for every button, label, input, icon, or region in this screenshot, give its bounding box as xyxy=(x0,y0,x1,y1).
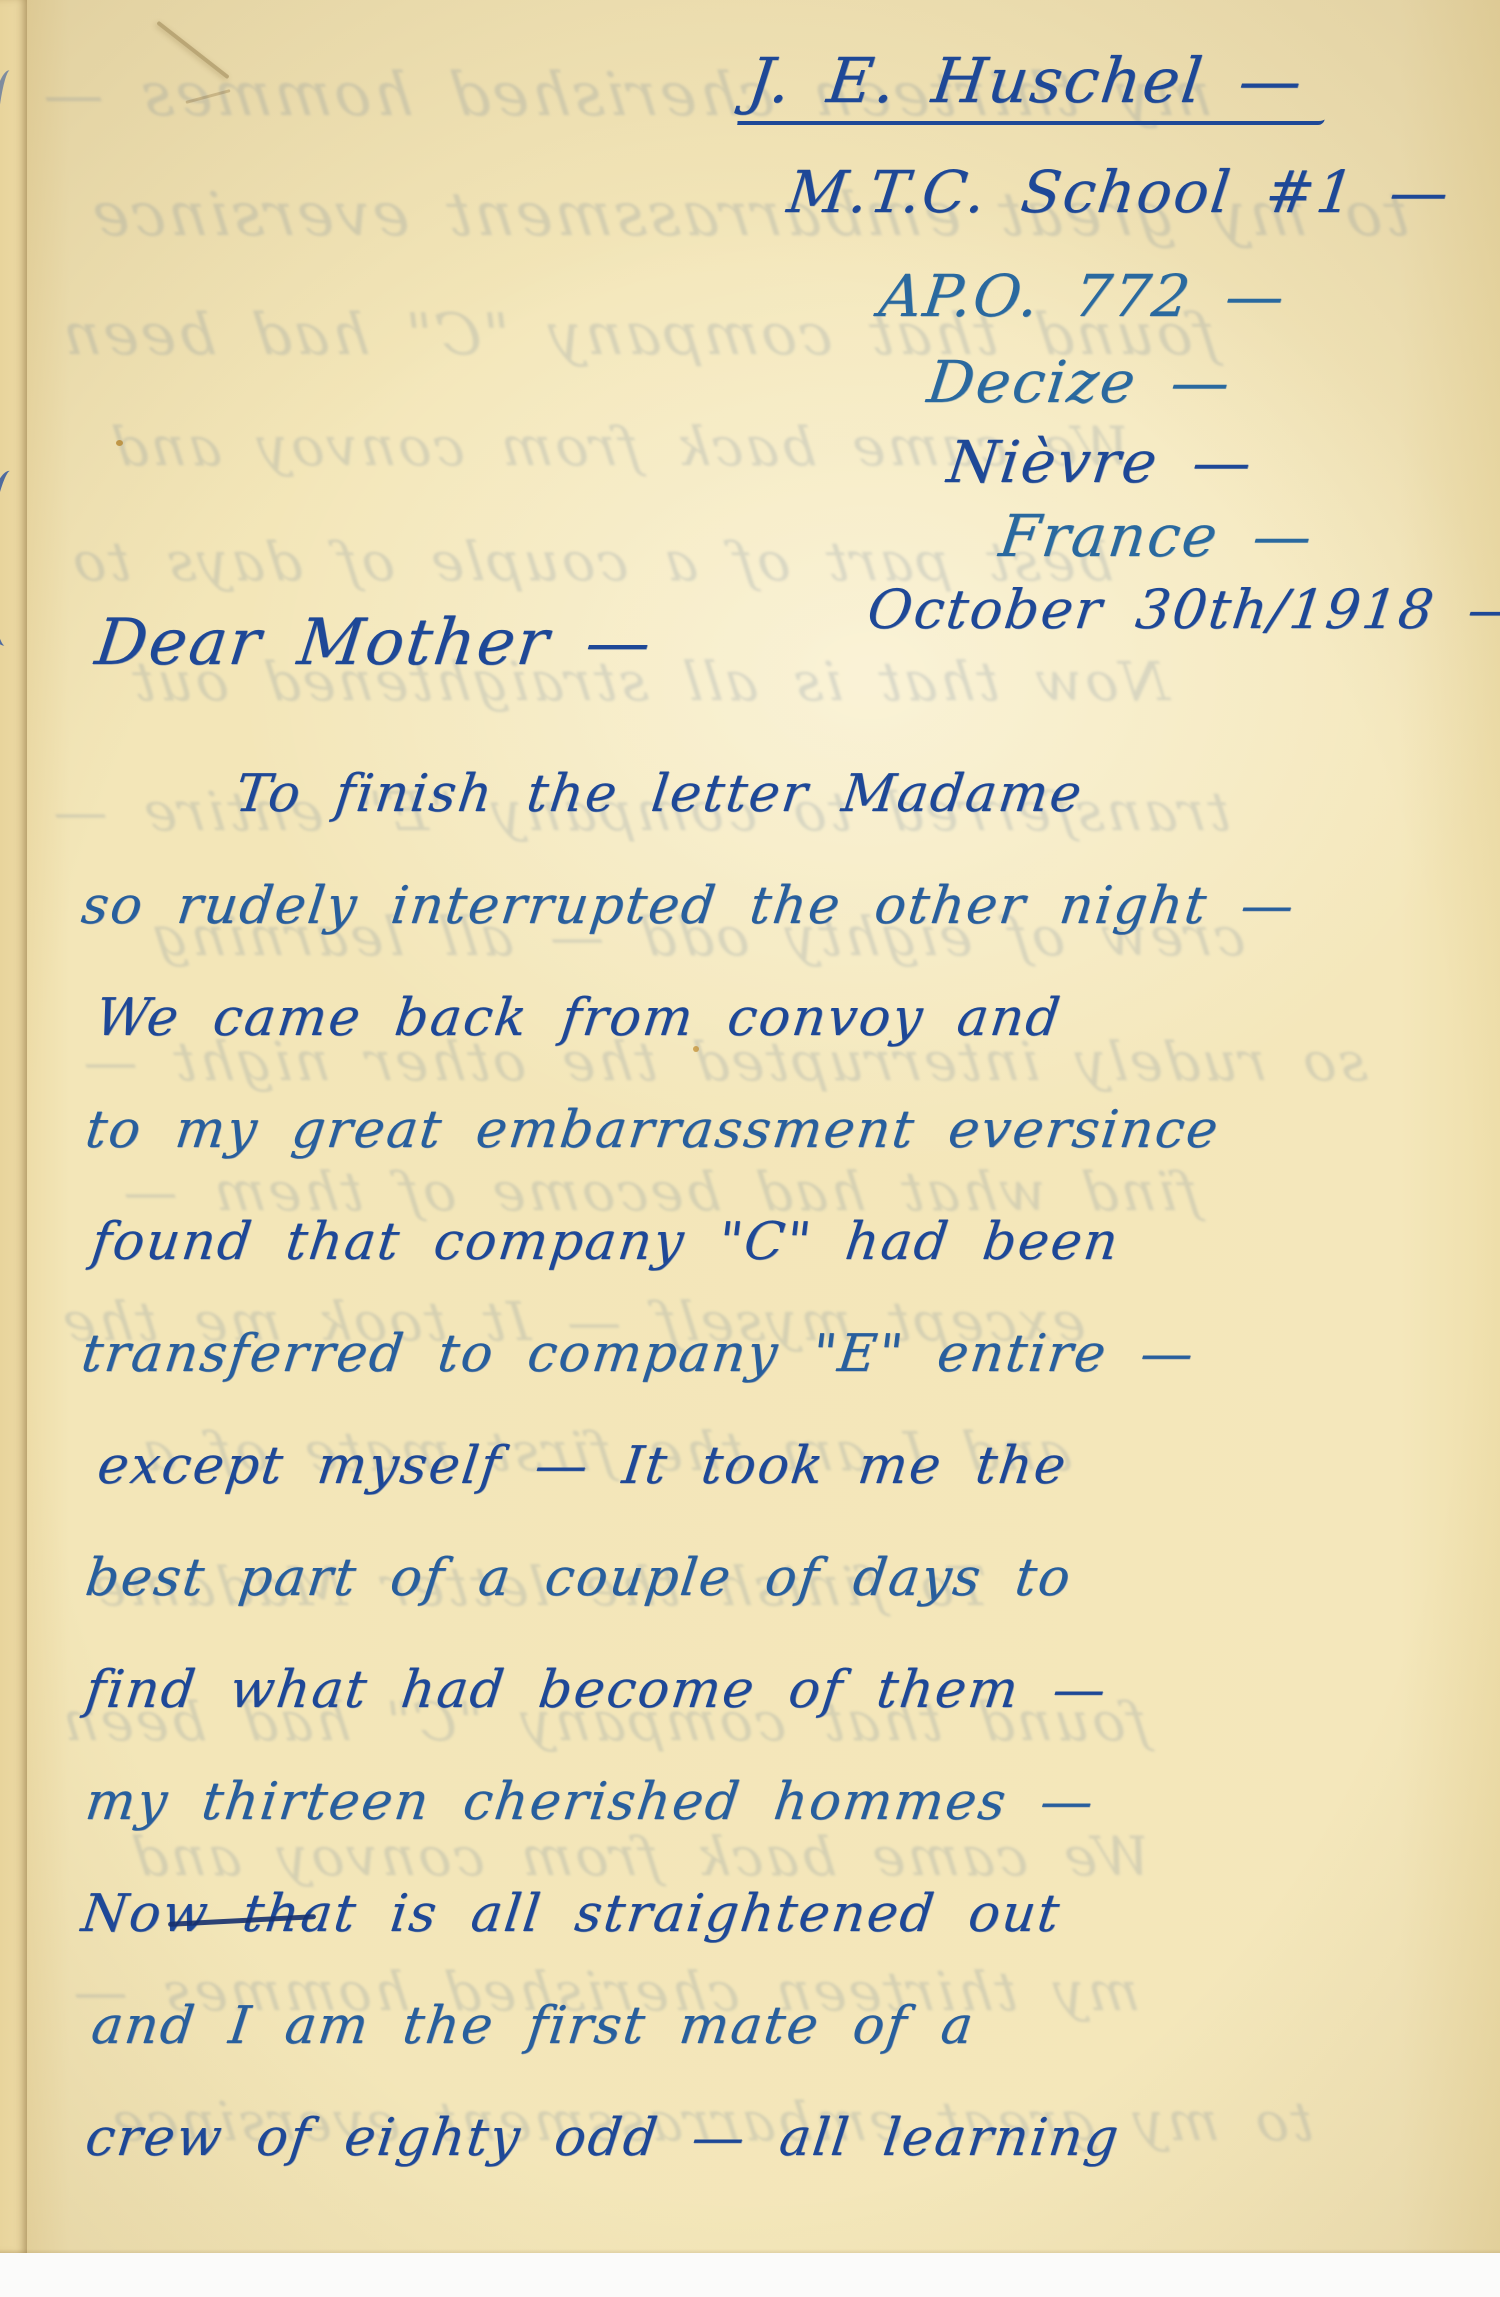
body-line: best part of a couple of days to xyxy=(79,1522,1473,1634)
body-line: except myself — It took me the xyxy=(91,1410,1473,1522)
corner-crease xyxy=(156,21,229,80)
page-fold-edge xyxy=(0,0,27,2253)
body-line: We came back from convoy and xyxy=(89,962,1473,1074)
corner-crease-small xyxy=(185,89,230,104)
date-line: October 30th/1918 — xyxy=(864,578,1500,641)
header-town: Decize — xyxy=(924,348,1236,416)
header-unit: M.T.C. School #1 — xyxy=(784,158,1454,226)
body-line: To finish the letter Madame xyxy=(229,738,1473,850)
body-line: and I am the first mate of a xyxy=(85,1970,1473,2082)
salutation: Dear Mother — xyxy=(91,606,656,680)
header-country: France — xyxy=(996,502,1318,570)
body-line: my thirteen cherished hommes — xyxy=(79,1746,1473,1858)
scanner-background xyxy=(0,2253,1500,2297)
letter-paper: my thirteen cherished hommes — to my gre… xyxy=(0,0,1500,2253)
body-line: found that company "C" had been xyxy=(85,1186,1473,1298)
header-apo: AP.O. 772 — xyxy=(876,262,1290,330)
body-line: crew of eighty odd — all learning xyxy=(79,2082,1473,2194)
scanned-letter-page: my thirteen cherished hommes — to my gre… xyxy=(0,0,1500,2297)
header-sender-name: J. E. Huschel — xyxy=(737,44,1334,125)
header-department: Nièvre — xyxy=(944,428,1257,496)
paper-speck xyxy=(116,440,123,446)
body-line: Now that is all straightened out xyxy=(75,1858,1473,1970)
body-line: transferred to company "E" entire — xyxy=(75,1298,1473,1410)
body-line: find what had become of them — xyxy=(79,1634,1473,1746)
body-line: to my great embarrassment eversince xyxy=(79,1074,1473,1186)
body-line: so rudely interrupted the other night — xyxy=(75,850,1473,962)
letter-body: To finish the letter Madame so rudely in… xyxy=(86,738,1466,2194)
